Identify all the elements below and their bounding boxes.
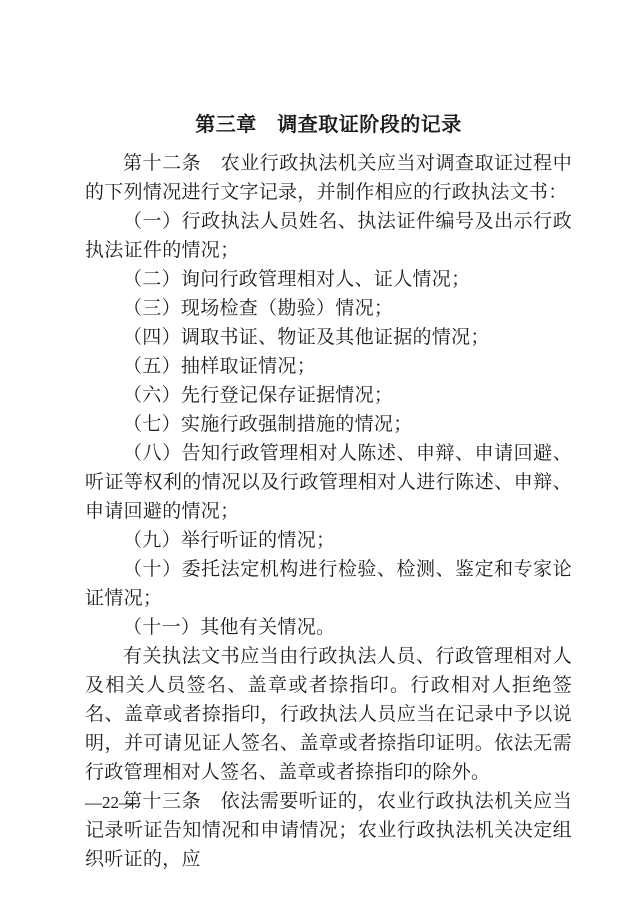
paragraph-item-3: （三）现场检查（勘验）情况； [85, 294, 572, 323]
paragraph-item-1: （一）行政执法人员姓名、执法证件编号及出示行政执法证件的情况； [85, 207, 572, 265]
paragraph-item-6: （六）先行登记保存证据情况； [85, 381, 572, 410]
chapter-title: 第三章 调查取证阶段的记录 [85, 112, 572, 138]
paragraph-article-13: 第十三条 依法需要听证的，农业行政执法机关应当记录听证告知情况和申请情况；农业行… [85, 787, 572, 874]
page-number: —22— [85, 792, 136, 814]
document-content: 第三章 调查取证阶段的记录 第十二条 农业行政执法机关应当对调查取证过程中的下列… [85, 112, 572, 874]
paragraph-article-12: 第十二条 农业行政执法机关应当对调查取证过程中的下列情况进行文字记录，并制作相应… [85, 149, 572, 207]
document-body: 第十二条 农业行政执法机关应当对调查取证过程中的下列情况进行文字记录，并制作相应… [85, 149, 572, 874]
paragraph-item-4: （四）调取书证、物证及其他证据的情况； [85, 323, 572, 352]
paragraph-item-10: （十）委托法定机构进行检验、检测、鉴定和专家论证情况； [85, 555, 572, 613]
paragraph-item-11: （十一）其他有关情况。 [85, 613, 572, 642]
paragraph-item-2: （二）询问行政管理相对人、证人情况； [85, 265, 572, 294]
paragraph-item-9: （九）举行听证的情况； [85, 526, 572, 555]
document-page: 第三章 调查取证阶段的记录 第十二条 农业行政执法机关应当对调查取证过程中的下列… [0, 0, 635, 898]
paragraph-signing-rules: 有关执法文书应当由行政执法人员、行政管理相对人及相关人员签名、盖章或者捺指印。行… [85, 642, 572, 787]
paragraph-item-5: （五）抽样取证情况； [85, 352, 572, 381]
paragraph-item-7: （七）实施行政强制措施的情况； [85, 410, 572, 439]
paragraph-item-8: （八）告知行政管理相对人陈述、申辩、申请回避、听证等权利的情况以及行政管理相对人… [85, 439, 572, 526]
